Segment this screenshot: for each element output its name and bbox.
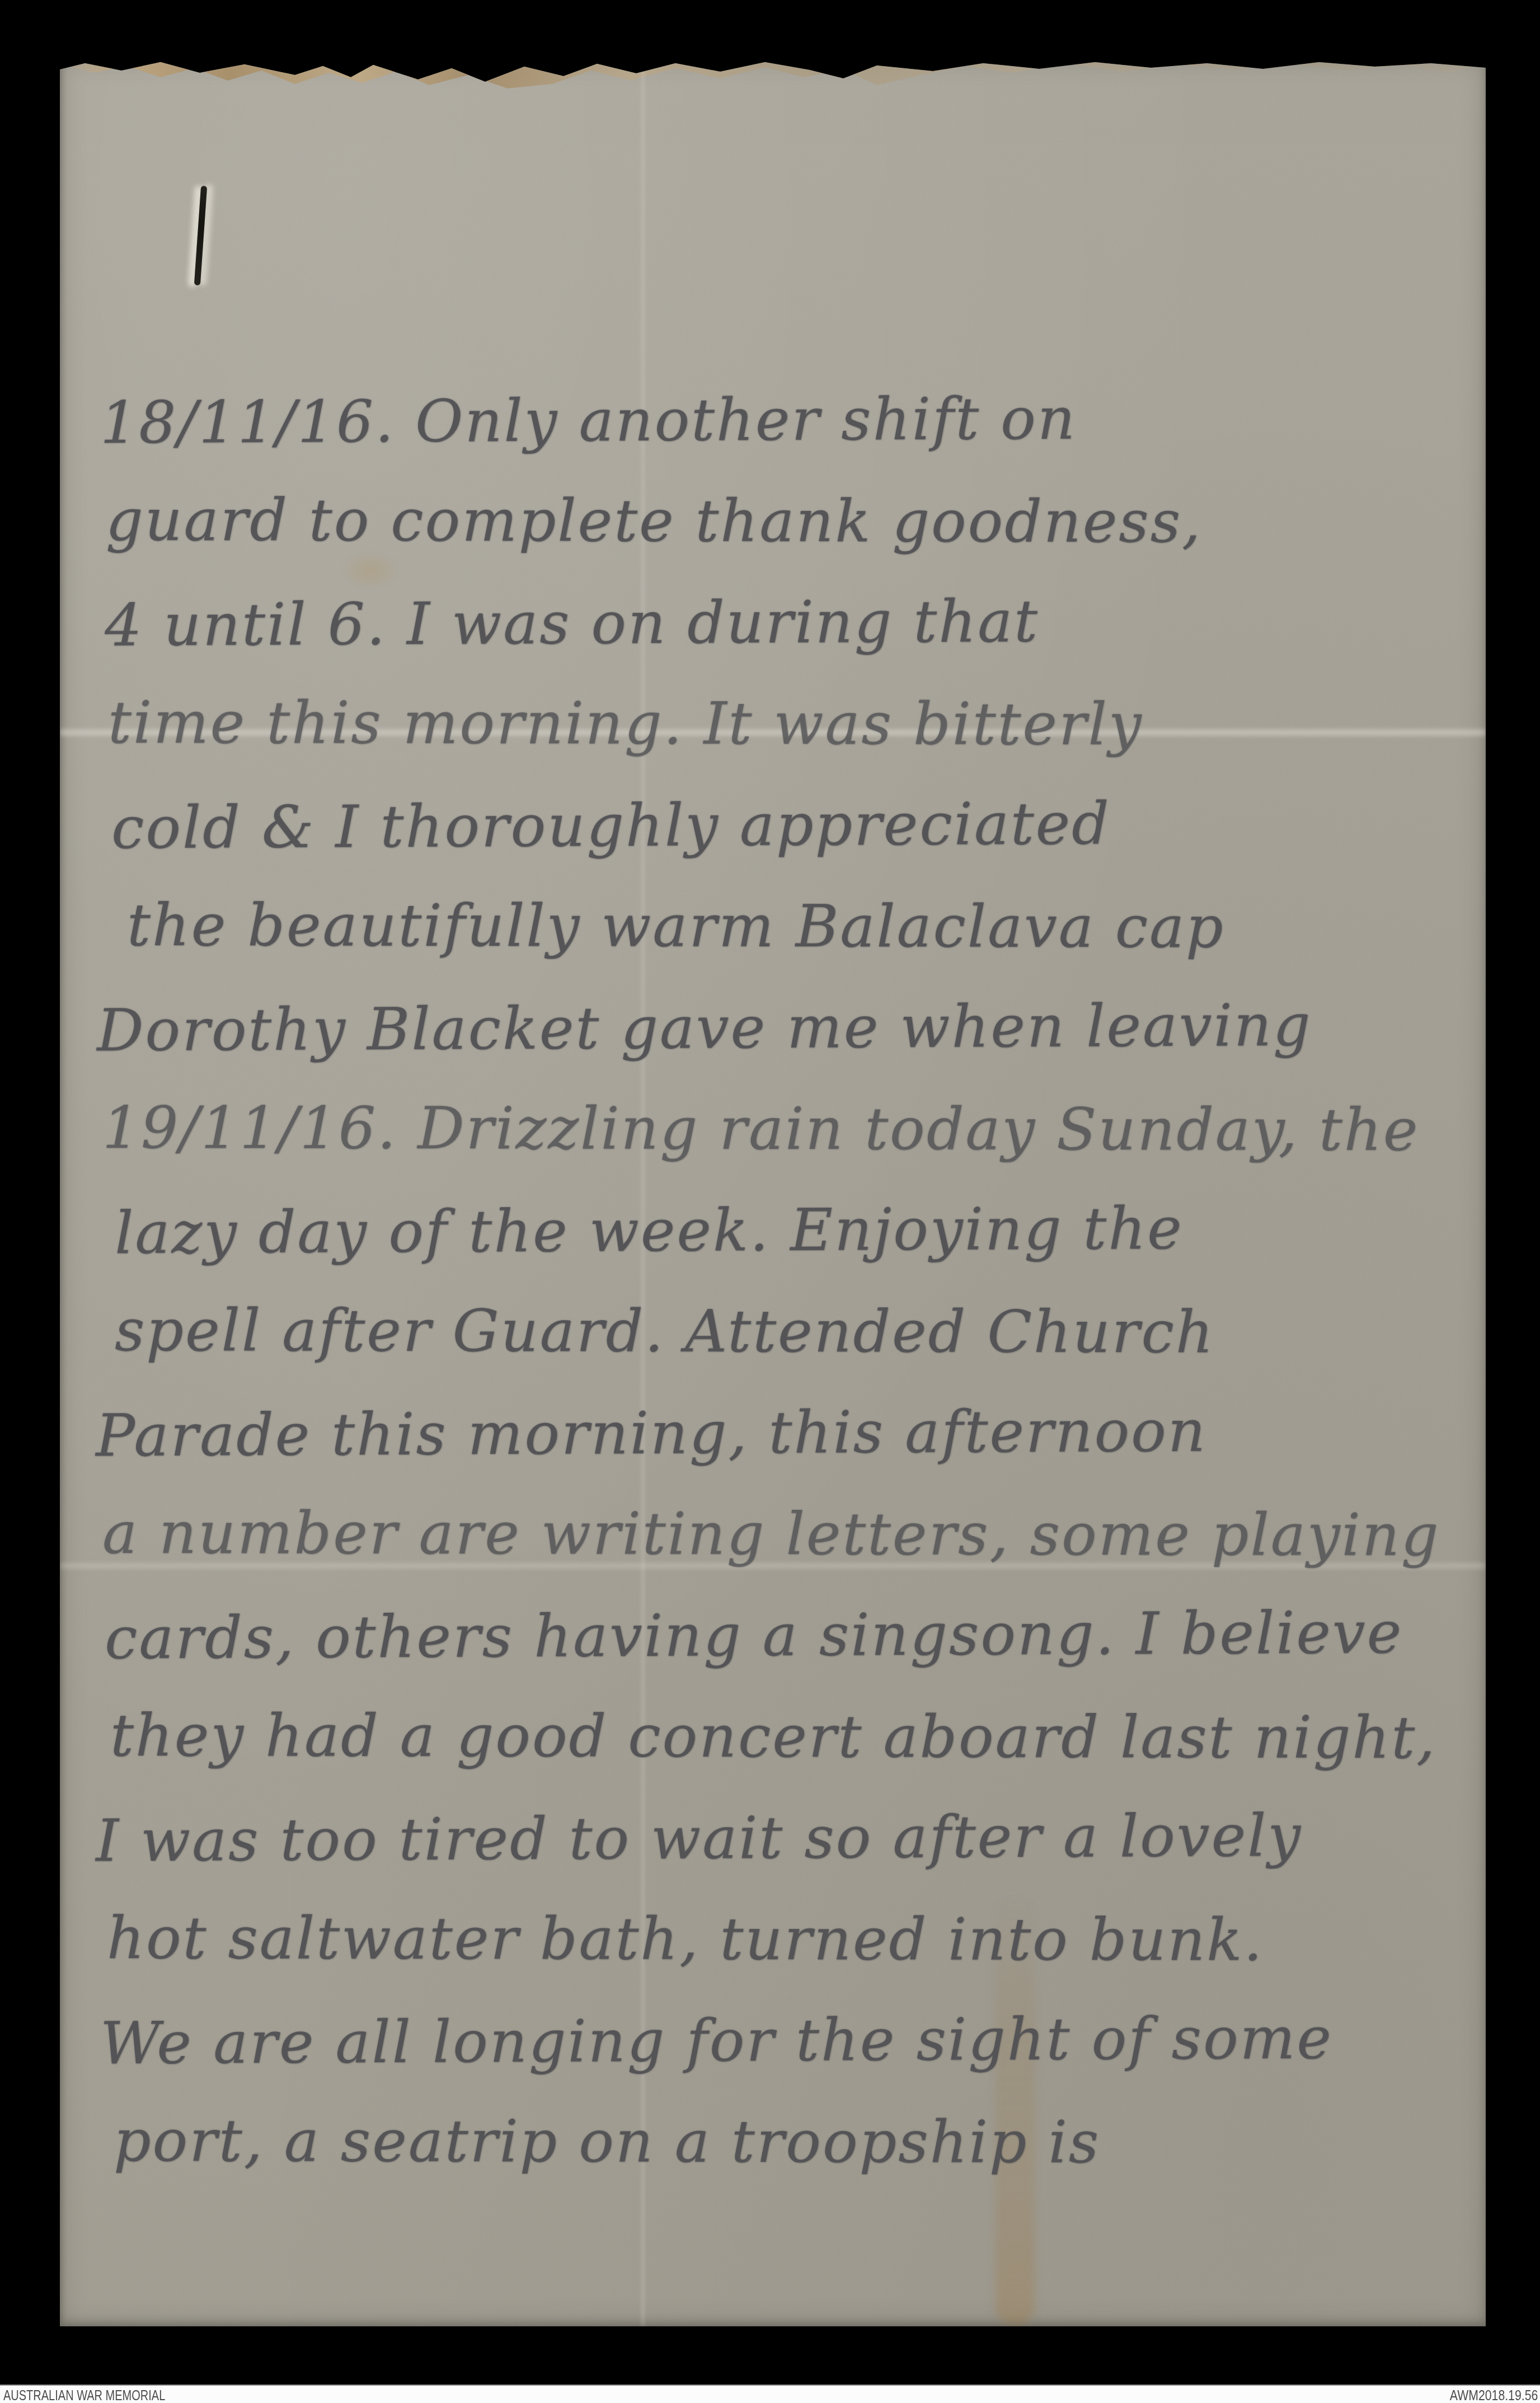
- handwritten-line: time this morning. It was bitterly: [108, 672, 1440, 776]
- handwritten-line: hot saltwater bath, turned into bunk.: [107, 1888, 1440, 1991]
- institution-label: AUSTRALIAN WAR MEMORIAL: [3, 2388, 165, 2403]
- handwritten-line: they had a good concert aboard last nigh…: [110, 1685, 1440, 1789]
- paper-tear: [194, 186, 207, 285]
- handwritten-line: 4 until 6. I was on during that: [105, 569, 1440, 676]
- handwritten-line: a number are writing letters, some playi…: [102, 1482, 1440, 1586]
- handwritten-line: 19/11/16. Drizzling rain today Sunday, t…: [102, 1077, 1440, 1181]
- handwritten-line: cards, others having a singsong. I belie…: [105, 1582, 1440, 1689]
- handwritten-line: Parade this morning, this afternoon: [96, 1379, 1440, 1486]
- handwritten-line: We are all longing for the sight of some: [100, 1987, 1440, 2094]
- handwritten-line: spell after Guard. Attended Church: [115, 1280, 1440, 1383]
- handwriting-block: 18/11/16. Only another shift on guard to…: [100, 369, 1440, 2193]
- footer-bar: AUSTRALIAN WAR MEMORIAL AWM2018.19.56: [0, 2385, 1540, 2403]
- scan-canvas: { "page": { "kind": "Scanned handwritten…: [0, 0, 1540, 2403]
- handwritten-line: Dorothy Blacket gave me when leaving: [97, 974, 1440, 1081]
- handwritten-line: 18/11/16. Only another shift on: [100, 367, 1440, 473]
- handwritten-line: port, a seatrip on a troopship is: [114, 2090, 1440, 2194]
- handwritten-line: guard to complete thank goodness,: [106, 470, 1440, 573]
- diary-page: 18/11/16. Only another shift on guard to…: [60, 58, 1486, 2326]
- torn-edge: [60, 58, 1486, 90]
- handwritten-line: the beautifully warm Balaclava cap: [127, 875, 1440, 978]
- handwritten-line: I was too tired to wait so after a lovel…: [96, 1785, 1440, 1892]
- scan-background: 18/11/16. Only another shift on guard to…: [0, 0, 1540, 2403]
- accession-number: AWM2018.19.56: [1449, 2388, 1538, 2403]
- handwritten-line: cold & I thoroughly appreciated: [111, 772, 1440, 879]
- handwritten-line: lazy day of the week. Enjoying the: [115, 1177, 1440, 1284]
